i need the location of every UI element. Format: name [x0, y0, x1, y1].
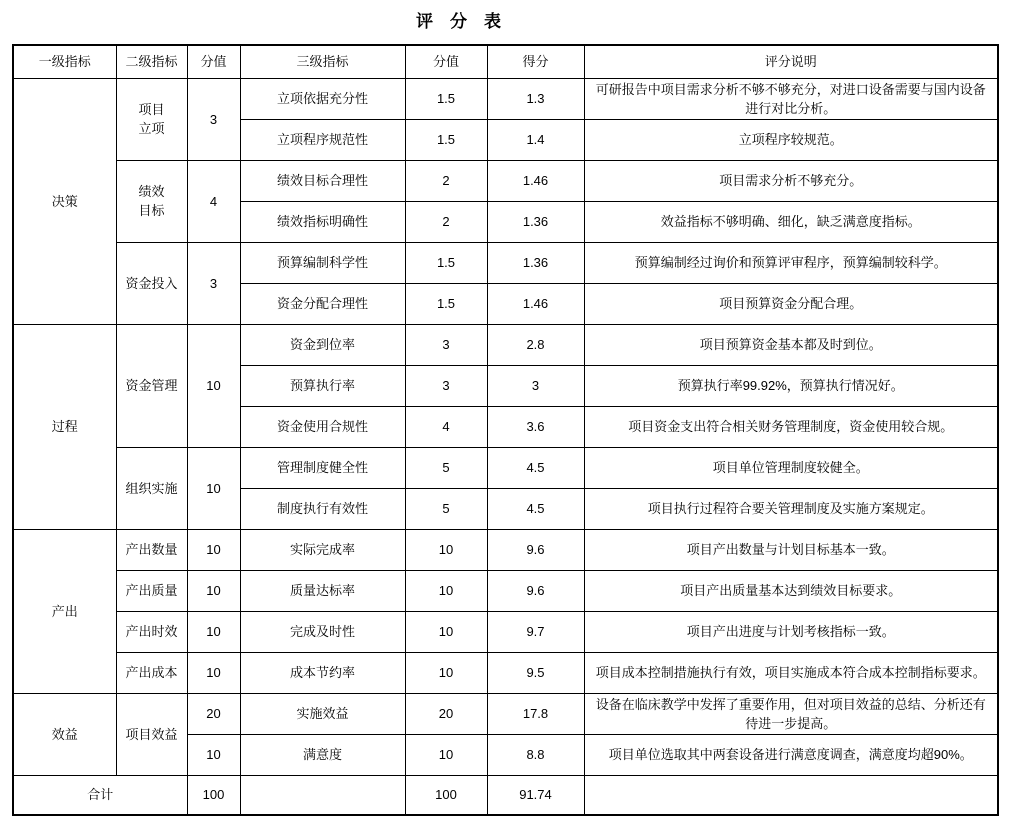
total-note-cell [584, 775, 998, 815]
level3-cell: 管理制度健全性 [240, 447, 405, 488]
score-value-cell: 1.5 [405, 283, 487, 324]
score-value-cell: 1.5 [405, 242, 487, 283]
note-cell: 项目预算资金分配合理。 [584, 283, 998, 324]
note-cell: 项目产出质量基本达到绩效目标要求。 [584, 570, 998, 611]
header-score-value-3: 分值 [405, 45, 487, 78]
total-score-value-cell: 100 [187, 775, 240, 815]
level3-cell: 实施效益 [240, 693, 405, 734]
table-row: 组织实施 10 管理制度健全性 5 4.5 项目单位管理制度较健全。 [13, 447, 998, 488]
header-level2: 二级指标 [116, 45, 187, 78]
table-row: 产出成本 10 成本节约率 10 9.5 项目成本控制措施执行有效，项目实施成本… [13, 652, 998, 693]
score-cell: 1.46 [487, 160, 584, 201]
header-note: 评分说明 [584, 45, 998, 78]
score-cell: 9.6 [487, 529, 584, 570]
note-cell: 项目资金支出符合相关财务管理制度，资金使用较合规。 [584, 406, 998, 447]
note-cell: 预算执行率99.92%，预算执行情况好。 [584, 365, 998, 406]
score-cell: 3 [487, 365, 584, 406]
note-cell: 项目单位管理制度较健全。 [584, 447, 998, 488]
level2-cell: 项目 立项 [116, 78, 187, 160]
score-cell: 4.5 [487, 488, 584, 529]
score-cell: 9.7 [487, 611, 584, 652]
level2-cell: 绩效 目标 [116, 160, 187, 242]
score-cell: 9.5 [487, 652, 584, 693]
level3-cell: 绩效指标明确性 [240, 201, 405, 242]
score-cell: 9.6 [487, 570, 584, 611]
level2-cell: 组织实施 [116, 447, 187, 529]
header-level1: 一级指标 [13, 45, 116, 78]
level3-cell: 实际完成率 [240, 529, 405, 570]
note-cell: 预算编制经过询价和预算评审程序，预算编制较科学。 [584, 242, 998, 283]
header-level3: 三级指标 [240, 45, 405, 78]
level2-cell: 产出时效 [116, 611, 187, 652]
score-value-cell: 3 [187, 78, 240, 160]
level3-cell: 资金到位率 [240, 324, 405, 365]
score-value-cell: 1.5 [405, 119, 487, 160]
score-table: 一级指标 二级指标 分值 三级指标 分值 得分 评分说明 决策 项目 立项 3 … [12, 44, 999, 816]
table-row: 过程 资金管理 10 资金到位率 3 2.8 项目预算资金基本都及时到位。 [13, 324, 998, 365]
level3-cell: 资金使用合规性 [240, 406, 405, 447]
level1-cell: 效益 [13, 693, 116, 775]
score-value-cell: 10 [405, 529, 487, 570]
score-cell: 1.36 [487, 242, 584, 283]
level3-cell: 质量达标率 [240, 570, 405, 611]
level3-cell: 预算编制科学性 [240, 242, 405, 283]
table-row: 产出质量 10 质量达标率 10 9.6 项目产出质量基本达到绩效目标要求。 [13, 570, 998, 611]
total-row: 合计 100 100 91.74 [13, 775, 998, 815]
level3-cell: 立项依据充分性 [240, 78, 405, 119]
level2-cell: 产出成本 [116, 652, 187, 693]
score-value-cell: 2 [405, 201, 487, 242]
header-score: 得分 [487, 45, 584, 78]
level3-cell: 满意度 [240, 734, 405, 775]
score-cell: 17.8 [487, 693, 584, 734]
score-value-cell: 4 [187, 160, 240, 242]
note-cell: 项目产出进度与计划考核指标一致。 [584, 611, 998, 652]
score-cell: 8.8 [487, 734, 584, 775]
score-value-cell: 4 [405, 406, 487, 447]
table-row: 决策 项目 立项 3 立项依据充分性 1.5 1.3 可研报告中项目需求分析不够… [13, 78, 998, 119]
score-value-cell: 20 [405, 693, 487, 734]
level1-cell: 决策 [13, 78, 116, 324]
level3-cell: 绩效目标合理性 [240, 160, 405, 201]
score-value-cell: 10 [187, 324, 240, 447]
score-value-cell: 3 [187, 242, 240, 324]
score-value-cell: 10 [187, 447, 240, 529]
total-level3-cell [240, 775, 405, 815]
score-cell: 1.3 [487, 78, 584, 119]
score-cell: 1.46 [487, 283, 584, 324]
note-cell: 立项程序较规范。 [584, 119, 998, 160]
score-cell: 2.8 [487, 324, 584, 365]
level1-cell: 过程 [13, 324, 116, 529]
level3-cell: 预算执行率 [240, 365, 405, 406]
level2-cell: 资金投入 [116, 242, 187, 324]
score-value-cell: 10 [187, 734, 240, 775]
score-value-cell: 20 [187, 693, 240, 734]
score-value-cell: 5 [405, 488, 487, 529]
score-value-cell: 1.5 [405, 78, 487, 119]
header-score-value-2: 分值 [187, 45, 240, 78]
note-cell: 项目成本控制措施执行有效，项目实施成本符合成本控制指标要求。 [584, 652, 998, 693]
total-score-value-cell: 100 [405, 775, 487, 815]
note-cell: 项目执行过程符合要关管理制度及实施方案规定。 [584, 488, 998, 529]
level3-cell: 完成及时性 [240, 611, 405, 652]
score-cell: 1.36 [487, 201, 584, 242]
note-cell: 效益指标不够明确、细化，缺乏满意度指标。 [584, 201, 998, 242]
score-value-cell: 10 [405, 652, 487, 693]
score-value-cell: 10 [187, 529, 240, 570]
note-cell: 项目产出数量与计划目标基本一致。 [584, 529, 998, 570]
level3-cell: 资金分配合理性 [240, 283, 405, 324]
total-score-cell: 91.74 [487, 775, 584, 815]
table-row: 产出 产出数量 10 实际完成率 10 9.6 项目产出数量与计划目标基本一致。 [13, 529, 998, 570]
note-cell: 项目需求分析不够充分。 [584, 160, 998, 201]
score-value-cell: 10 [405, 611, 487, 652]
level3-cell: 立项程序规范性 [240, 119, 405, 160]
level2-cell: 产出数量 [116, 529, 187, 570]
total-label-cell: 合计 [13, 775, 187, 815]
table-row: 效益 项目效益 20 实施效益 20 17.8 设备在临床教学中发挥了重要作用，… [13, 693, 998, 734]
level1-cell: 产出 [13, 529, 116, 693]
table-row: 绩效 目标 4 绩效目标合理性 2 1.46 项目需求分析不够充分。 [13, 160, 998, 201]
score-cell: 1.4 [487, 119, 584, 160]
page-title: 评 分 表 [0, 0, 951, 44]
header-row: 一级指标 二级指标 分值 三级指标 分值 得分 评分说明 [13, 45, 998, 78]
table-row: 产出时效 10 完成及时性 10 9.7 项目产出进度与计划考核指标一致。 [13, 611, 998, 652]
score-value-cell: 10 [187, 652, 240, 693]
level2-cell: 项目效益 [116, 693, 187, 775]
score-value-cell: 5 [405, 447, 487, 488]
score-cell: 3.6 [487, 406, 584, 447]
level2-cell: 产出质量 [116, 570, 187, 611]
note-cell: 项目单位选取其中两套设备进行满意度调查，满意度均超90%。 [584, 734, 998, 775]
score-value-cell: 10 [187, 570, 240, 611]
score-value-cell: 10 [405, 734, 487, 775]
score-value-cell: 10 [405, 570, 487, 611]
note-cell: 项目预算资金基本都及时到位。 [584, 324, 998, 365]
score-value-cell: 3 [405, 365, 487, 406]
level2-cell: 资金管理 [116, 324, 187, 447]
score-value-cell: 10 [187, 611, 240, 652]
note-cell: 设备在临床教学中发挥了重要作用，但对项目效益的总结、分析还有待进一步提高。 [584, 693, 998, 734]
level3-cell: 成本节约率 [240, 652, 405, 693]
score-cell: 4.5 [487, 447, 584, 488]
table-row: 资金投入 3 预算编制科学性 1.5 1.36 预算编制经过询价和预算评审程序，… [13, 242, 998, 283]
score-value-cell: 2 [405, 160, 487, 201]
note-cell: 可研报告中项目需求分析不够不够充分，对进口设备需要与国内设备进行对比分析。 [584, 78, 998, 119]
level3-cell: 制度执行有效性 [240, 488, 405, 529]
score-value-cell: 3 [405, 324, 487, 365]
